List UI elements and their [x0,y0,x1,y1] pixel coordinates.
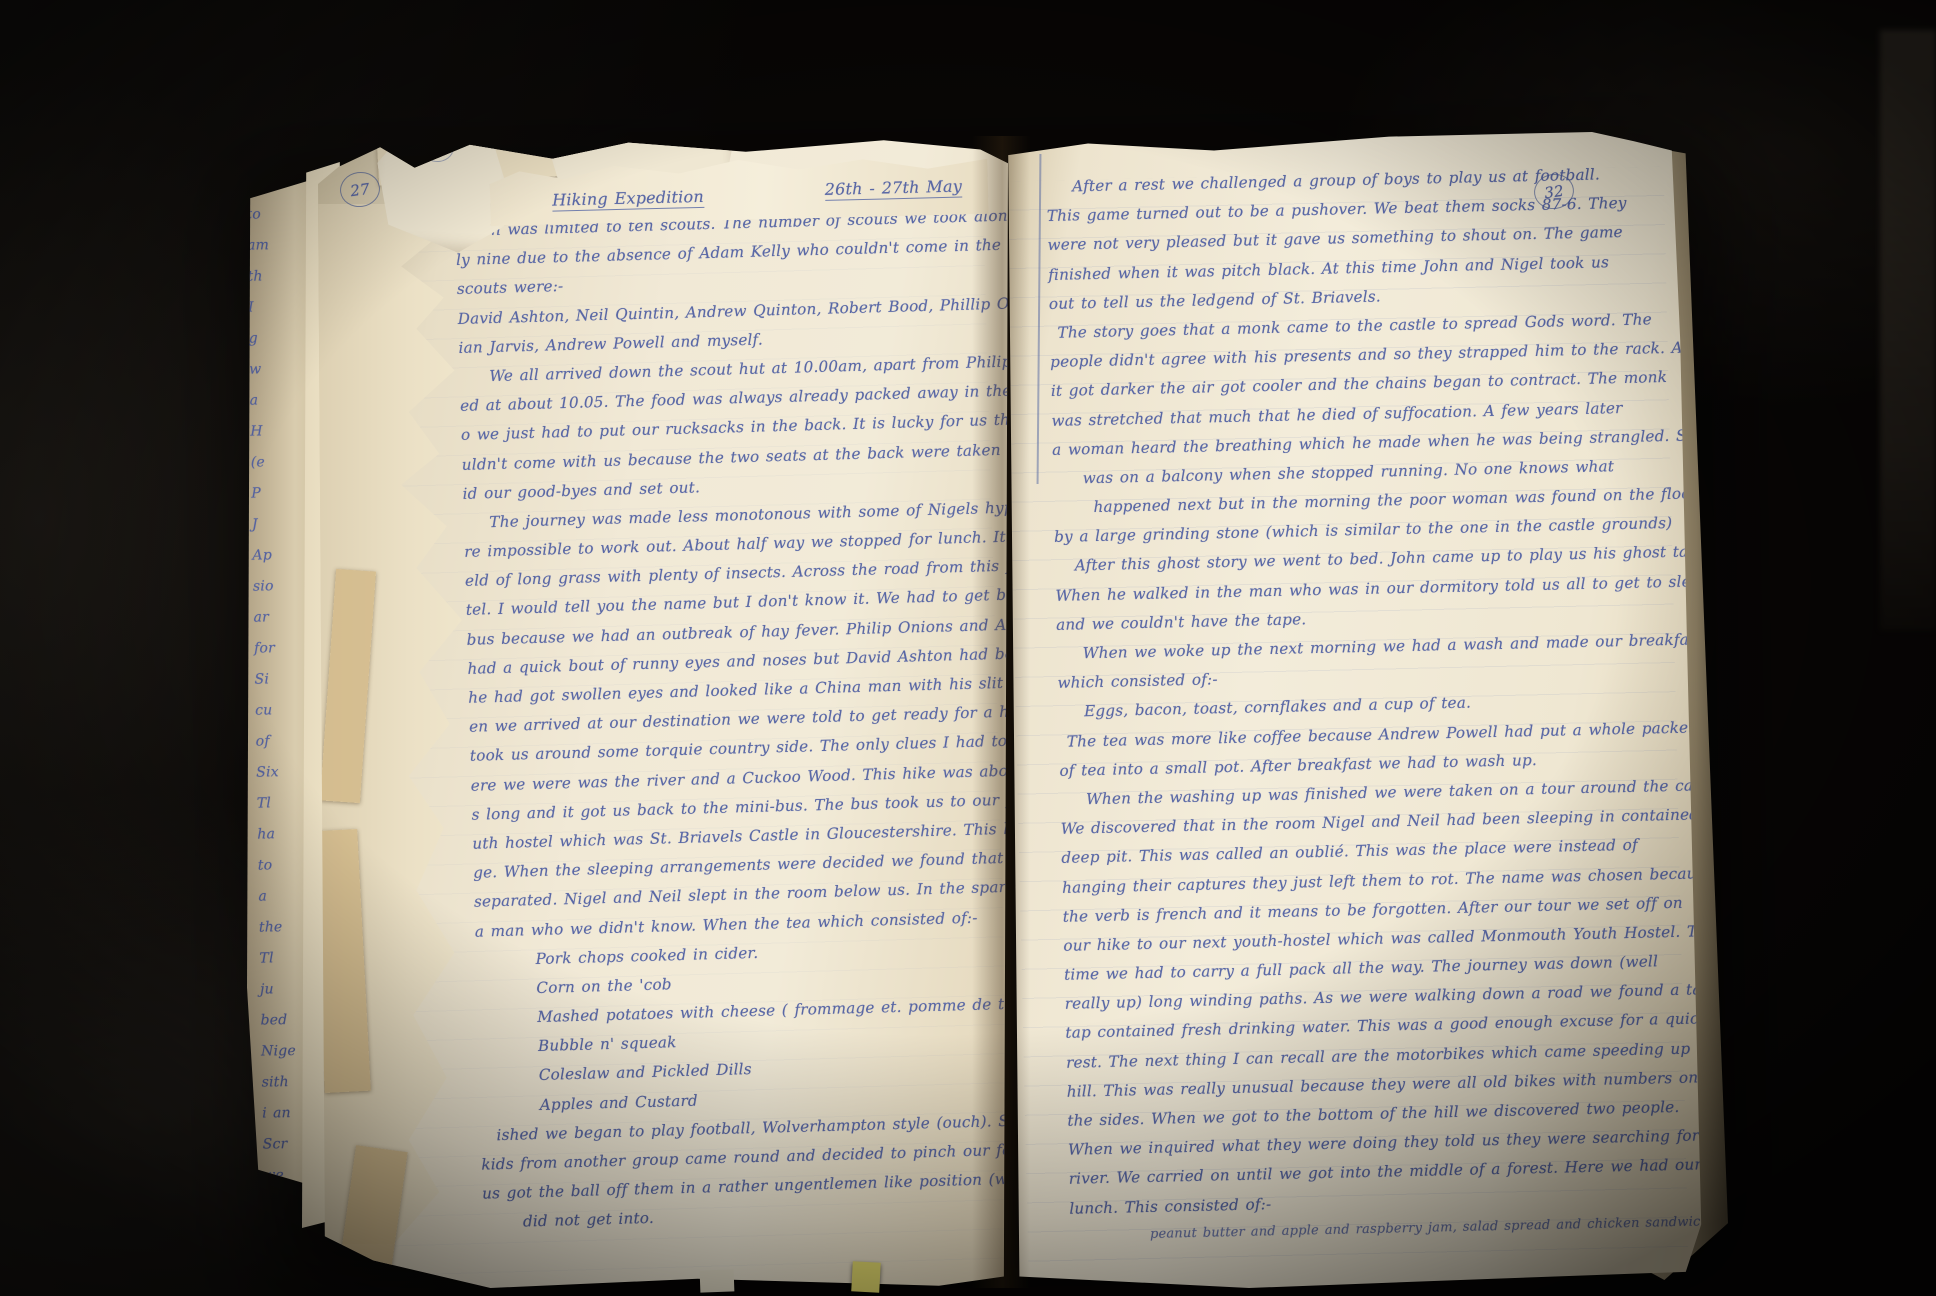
journal-date: 26th - 27th May [824,177,962,201]
right-page-text: After a rest we challenged a group of bo… [1046,164,1700,1258]
journal-title: Hiking Expedition [552,187,704,212]
photo-of-open-journal: toamthIgwaH(ePJApsioarforSicuofSixTlhato… [0,0,1936,1296]
left-page-text: dition was limited to ten scouts. The nu… [455,207,1008,1243]
left-page: dition was limited to ten scouts. The nu… [318,138,1008,1288]
right-page: 32 After a rest we challenged a group of… [1004,132,1704,1288]
bookmark-tab [851,1261,881,1292]
page-tab [700,1269,735,1292]
background-highlight [1880,30,1936,630]
page-number-left: 27 [338,169,382,209]
